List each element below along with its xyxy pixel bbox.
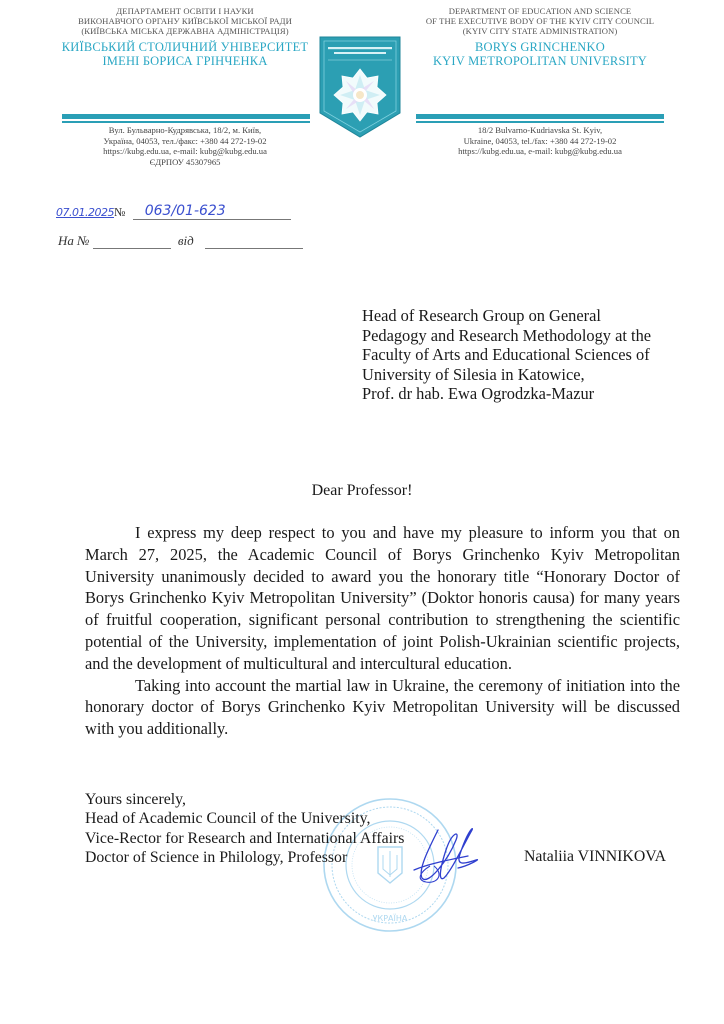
- department-line: (КИЇВСЬКА МІСЬКА ДЕРЖАВНА АДМІНІСТРАЦІЯ): [55, 26, 315, 36]
- department-line: ДЕПАРТАМЕНТ ОСВІТИ І НАУКИ: [55, 6, 315, 16]
- letter-body: I express my deep respect to you and hav…: [85, 522, 680, 740]
- signer-name: Nataliia VINNIKOVA: [524, 848, 666, 866]
- edrpou-code: ЄДРПОУ 45307965: [55, 157, 315, 168]
- header-left: ДЕПАРТАМЕНТ ОСВІТИ І НАУКИ ВИКОНАВЧОГО О…: [55, 6, 315, 68]
- header-rule-left: [62, 114, 310, 119]
- addressee-name: Prof. dr hab. Ewa Ogrodzka-Mazur: [362, 384, 702, 404]
- addressee-line: Faculty of Arts and Educational Sciences…: [362, 345, 702, 365]
- department-line: ВИКОНАВЧОГО ОРГАНУ КИЇВСЬКОЇ МІСЬКОЇ РАД…: [55, 16, 315, 26]
- address-line: Вул. Бульварно-Кудрявська, 18/2, м. Київ…: [55, 125, 315, 136]
- department-title-en: DEPARTMENT OF EDUCATION AND SCIENCE OF T…: [410, 6, 670, 36]
- ref-number-field: [93, 236, 171, 249]
- handwritten-signature-icon: [408, 820, 488, 890]
- department-title-ua: ДЕПАРТАМЕНТ ОСВІТИ І НАУКИ ВИКОНАВЧОГО О…: [55, 6, 315, 36]
- header-rule-left-thin: [62, 121, 310, 123]
- ref-date-field: [205, 236, 303, 249]
- closing-line: Yours sincerely,: [85, 790, 465, 809]
- from-label: від: [178, 233, 194, 248]
- university-name-ua: КИЇВСЬКИЙ СТОЛИЧНИЙ УНІВЕРСИТЕТ ІМЕНІ БО…: [55, 40, 315, 68]
- body-paragraph: Taking into account the martial law in U…: [85, 675, 680, 740]
- address-ua: Вул. Бульварно-Кудрявська, 18/2, м. Київ…: [55, 125, 315, 167]
- body-paragraph: I express my deep respect to you and hav…: [85, 522, 680, 675]
- ref-label: На №: [58, 233, 89, 248]
- registration-number-field: 063/01-623: [133, 203, 291, 220]
- salutation: Dear Professor!: [0, 482, 724, 500]
- address-line: https://kubg.edu.ua, e-mail: kubg@kubg.e…: [55, 146, 315, 157]
- header-rule-right: [416, 114, 664, 119]
- address-en: 18/2 Bulvarno-Kudriavska St. Kyiv, Ukrai…: [410, 125, 670, 157]
- outgoing-registration: 07.01.2025№ 063/01-623: [56, 203, 291, 220]
- address-line: Ukraine, 04053, tel./fax: +380 44 272-19…: [410, 136, 670, 147]
- addressee-block: Head of Research Group on General Pedago…: [362, 306, 702, 404]
- addressee-line: Pedagogy and Research Methodology at the: [362, 326, 702, 346]
- department-line: OF THE EXECUTIVE BODY OF THE KYIV CITY C…: [410, 16, 670, 26]
- header-rule-right-thin: [416, 121, 664, 123]
- address-line: https://kubg.edu.ua, e-mail: kubg@kubg.e…: [410, 146, 670, 157]
- university-name-en: BORYS GRINCHENKO KYIV METROPOLITAN UNIVE…: [410, 40, 670, 68]
- university-line: BORYS GRINCHENKO: [410, 40, 670, 54]
- stamp-text: УКРАЇНА: [373, 913, 408, 923]
- department-line: DEPARTMENT OF EDUCATION AND SCIENCE: [410, 6, 670, 16]
- addressee-line: University of Silesia in Katowice,: [362, 365, 702, 385]
- incoming-reference: На № від: [58, 233, 303, 249]
- registration-date: 07.01.2025: [56, 206, 114, 219]
- university-line: ІМЕНІ БОРИСА ГРІНЧЕНКА: [55, 54, 315, 68]
- university-shield-emblem-icon: [318, 35, 402, 139]
- university-line: КИЇВСЬКИЙ СТОЛИЧНИЙ УНІВЕРСИТЕТ: [55, 40, 315, 54]
- department-line: (KYIV CITY STATE ADMINISTRATION): [410, 26, 670, 36]
- address-line: Україна, 04053, тел./факс: +380 44 272-1…: [55, 136, 315, 147]
- university-line: KYIV METROPOLITAN UNIVERSITY: [410, 54, 670, 68]
- address-line: 18/2 Bulvarno-Kudriavska St. Kyiv,: [410, 125, 670, 136]
- header-right: DEPARTMENT OF EDUCATION AND SCIENCE OF T…: [410, 6, 670, 68]
- addressee-line: Head of Research Group on General: [362, 306, 702, 326]
- number-sign: №: [114, 205, 125, 219]
- registration-number: 063/01-623: [145, 203, 226, 219]
